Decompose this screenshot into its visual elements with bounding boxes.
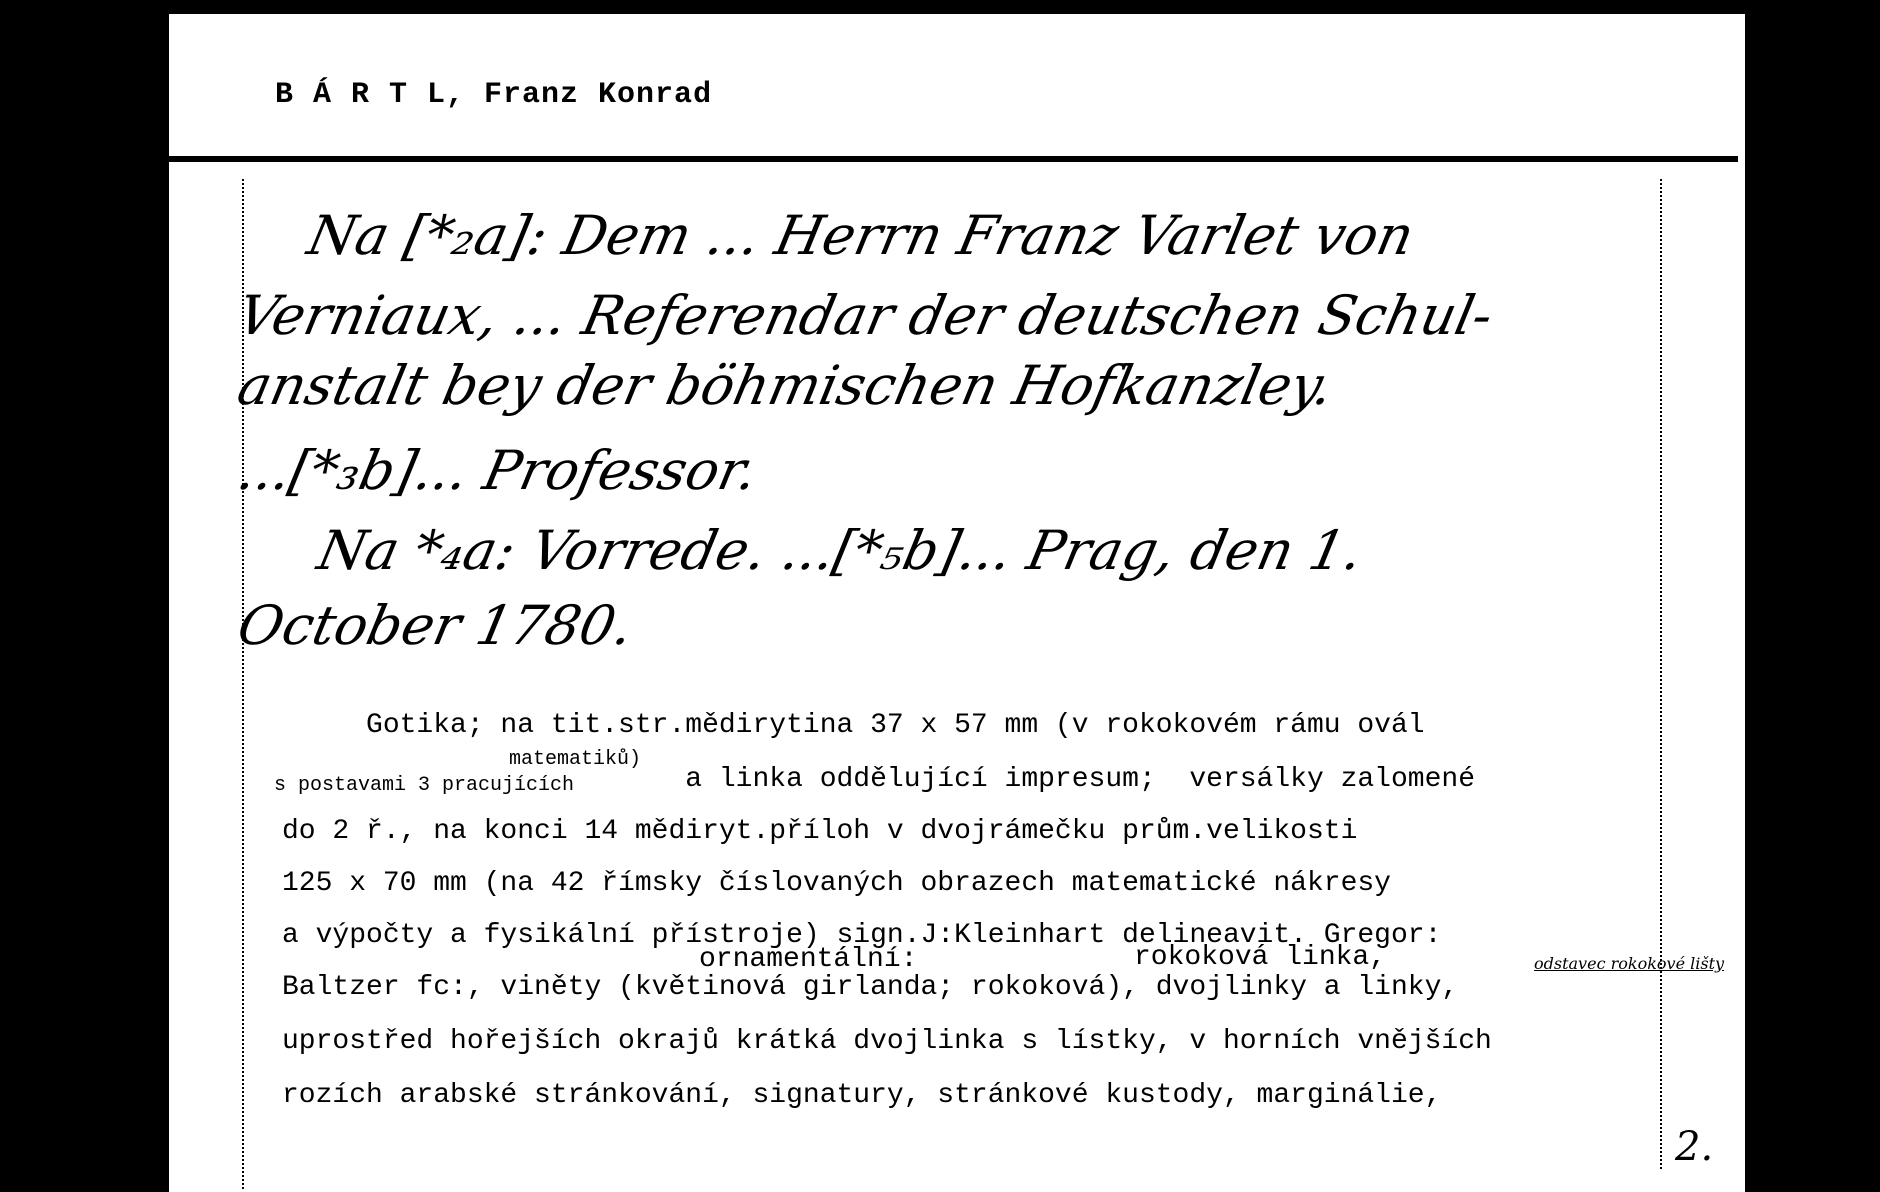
right-margin-guide <box>1660 179 1662 1169</box>
handwritten-line: ...[*₃b]... Professor. <box>233 444 762 498</box>
typed-line: uprostřed hořejších okrajů krátká dvojli… <box>282 1026 1492 1057</box>
typed-insert: ornamentální: <box>699 944 917 975</box>
handwritten-line: October 1780. <box>233 599 637 653</box>
catalog-card: B Á R T L, Franz Konrad Na [*₂a]: Dem ..… <box>169 14 1745 1192</box>
page-number-mark: 2. <box>1675 1124 1713 1170</box>
handwritten-line: Na *₄a: Vorrede. ...[*₅b]... Prag, den 1… <box>313 524 1367 578</box>
card-title: B Á R T L, Franz Konrad <box>275 78 712 112</box>
typed-line: Baltzer fc:, viněty (květinová girlanda;… <box>282 972 1458 1003</box>
handwritten-line: Verniaux, ... Referendar der deutschen S… <box>233 289 1497 343</box>
typed-insert: rokoková linka, <box>1134 942 1386 973</box>
typed-line: a linka oddělující impresum; versálky za… <box>282 764 1475 795</box>
handwritten-line: anstalt bey der böhmischen Hofkanzley. <box>233 359 1337 413</box>
typed-line: 125 x 70 mm (na 42 římsky číslovaných ob… <box>282 868 1391 899</box>
typed-line: Gotika; na tit.str.mědirytina 37 x 57 mm… <box>282 710 1425 741</box>
margin-note: odstavec rokokové lišty <box>1534 954 1724 973</box>
header-divider <box>169 156 1738 162</box>
handwritten-line: Na [*₂a]: Dem ... Herrn Franz Varlet von <box>303 209 1418 263</box>
typed-line: do 2 ř., na konci 14 mědiryt.příloh v dv… <box>282 816 1357 847</box>
typed-line: rozích arabské stránkování, signatury, s… <box>282 1080 1441 1111</box>
